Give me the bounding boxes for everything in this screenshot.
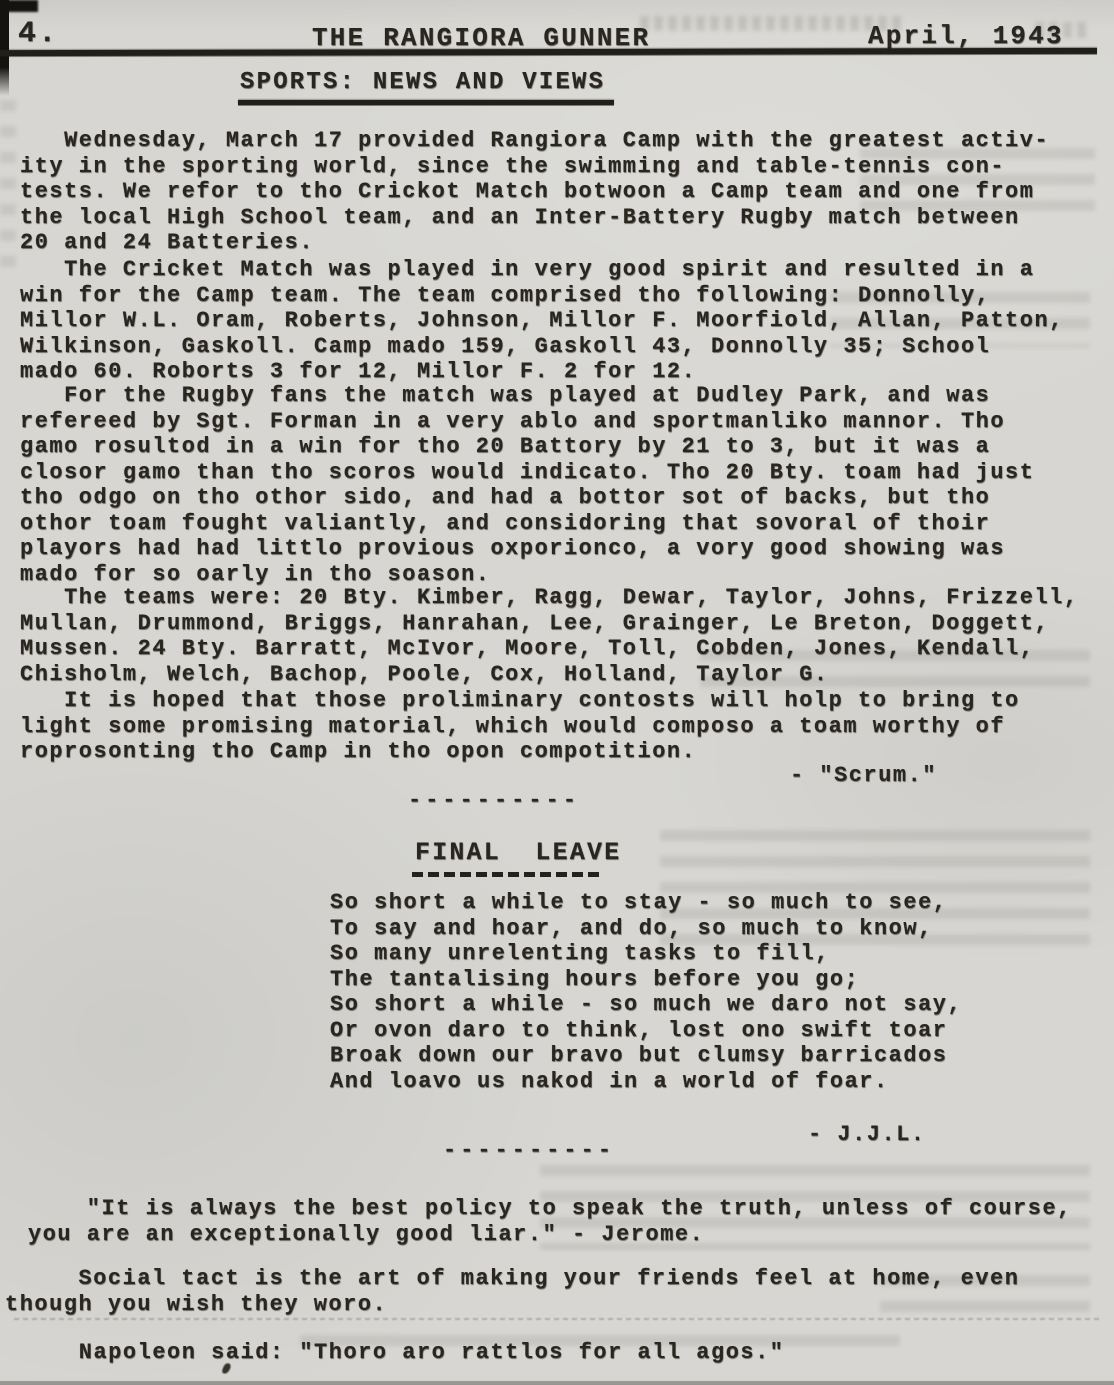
typed-divider: ---------- [443,1138,615,1164]
poem-body: So short a while to stay - so much to se… [330,890,962,1094]
quote-jerome: "It is always the best policy to speak t… [28,1196,1072,1247]
newspaper-title: THE RANGIORA GUNNER [312,26,650,52]
scan-bottom-edge-shadow [0,1381,1114,1385]
newspaper-page: 4. THE RANGIORA GUNNER April, 1943 SPORT… [0,0,1114,1385]
section-heading-underline [238,100,614,105]
bleed-through-smudge [0,100,16,270]
typed-divider: ---------- [408,788,580,814]
paragraph-teams: The teams were: 20 Bty. Kimber, Ragg, De… [20,585,1079,687]
paragraph-hopes: It is hoped that those proliminary conto… [20,688,1020,765]
section-heading-sports: SPORTS: NEWS AND VIEWS [240,70,605,96]
bleed-through-smudge [640,16,905,31]
quote-napoleon: Napoleon said: "Thoro aro rattlos for al… [20,1340,785,1366]
page-number: 4. [18,22,58,48]
poem-heading-underline [412,872,600,877]
poem-heading: FINAL LEAVE [415,840,621,866]
quote-social-tact: Social tact is the art of making your fr… [5,1266,1019,1317]
scrum-signature: - "Scrum." [790,763,937,789]
scan-left-edge-shadow [0,0,9,96]
paragraph-rugby: For the Rugby fans the match was played … [20,383,1034,587]
fold-crease-line [14,1318,1100,1320]
header-rule [0,48,1097,56]
paragraph-intro: Wednesday, March 17 provided Rangiora Ca… [20,128,1049,256]
scan-corner-ink-blob [0,0,38,12]
paragraph-cricket: The Cricket Match was played in very goo… [20,257,1064,385]
issue-date: April, 1943 [868,24,1064,50]
poem-signature: - J.J.L. [808,1122,926,1148]
